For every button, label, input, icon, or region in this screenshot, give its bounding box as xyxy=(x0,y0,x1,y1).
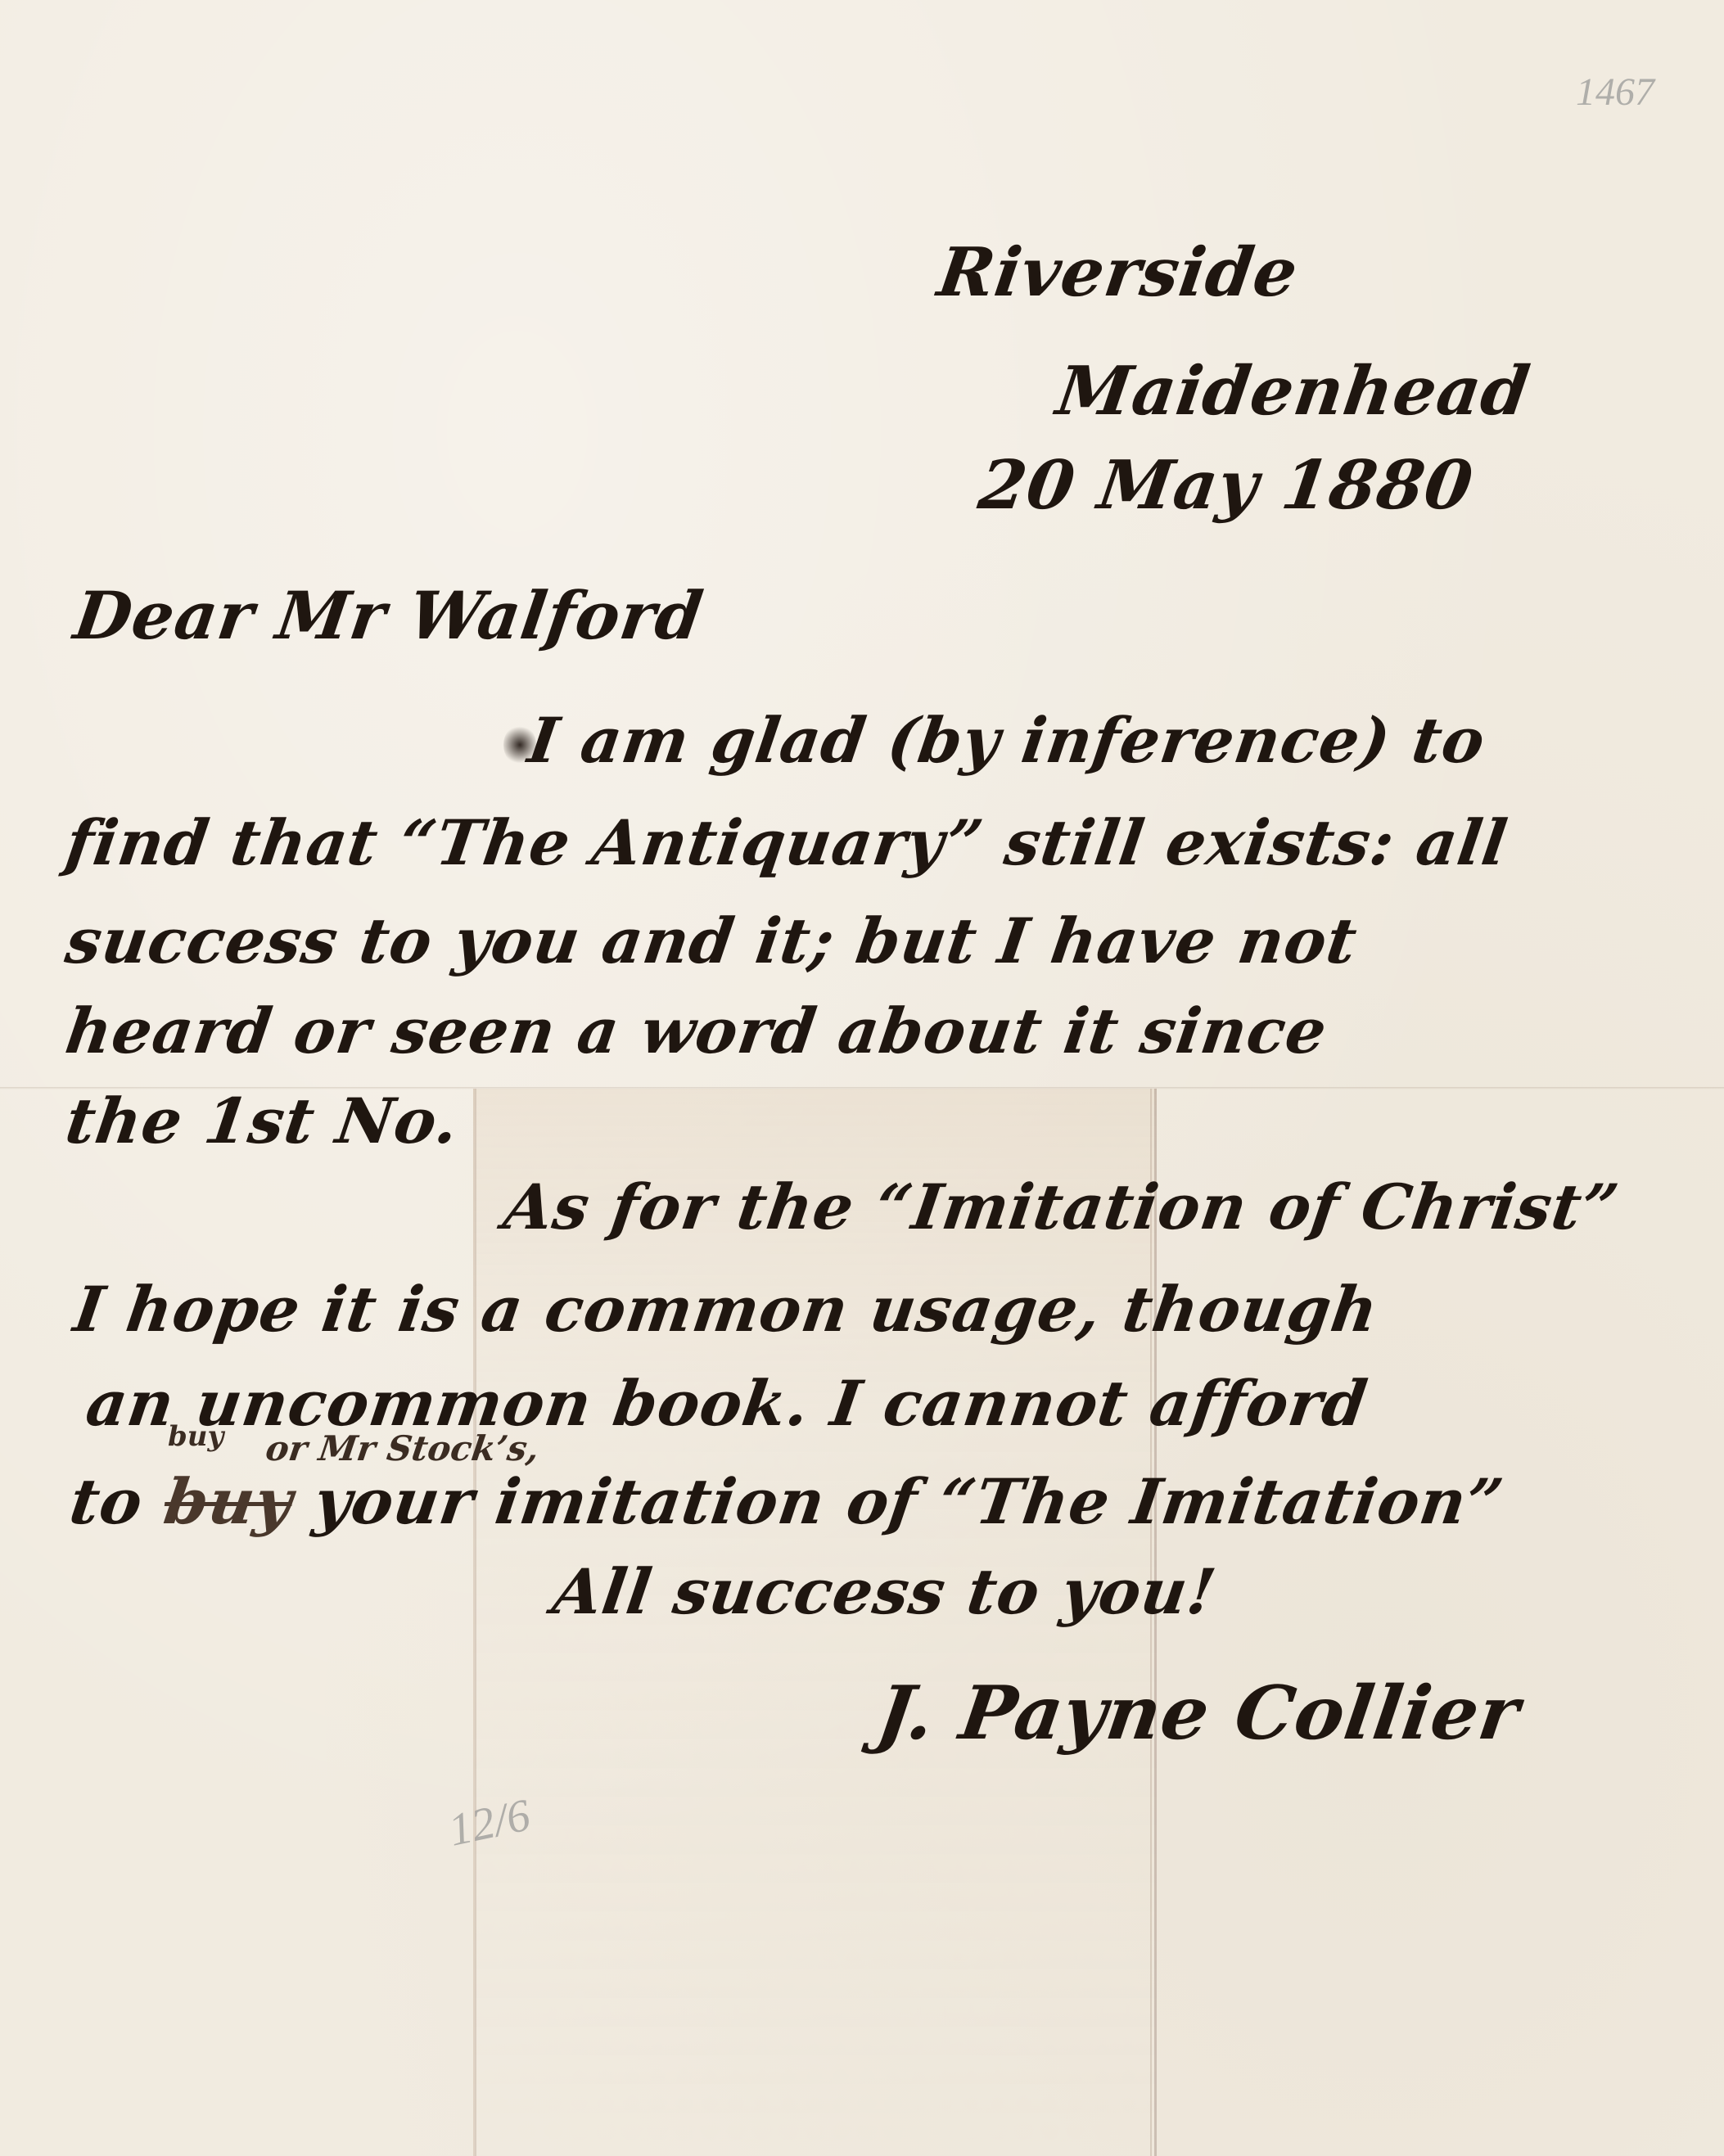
caret-insertion-text: or Mr Stock’s, xyxy=(264,1428,542,1468)
letter-date: 20 May 1880 xyxy=(974,446,1478,525)
address-line-1: Riverside xyxy=(933,233,1303,312)
line4-prefix: to xyxy=(65,1465,147,1538)
correction-insert-word: buy xyxy=(168,1420,223,1453)
line4-rest: your imitation of “The Imitation” xyxy=(309,1465,1508,1538)
letter-page: 1467 12/6 Riverside Maidenhead 20 May 18… xyxy=(0,0,1724,2156)
closing-line: All success to you! xyxy=(548,1555,1221,1628)
body-p1-line1: I am glad (by inference) to xyxy=(524,704,1490,777)
body-p1-line3: success to you and it; but I have not xyxy=(61,904,1361,977)
body-p1-line4: heard or seen a word about it since xyxy=(61,995,1332,1067)
struck-through-word: buy xyxy=(160,1465,297,1538)
body-p2-line4: to buy your imitation of “The Imitation” xyxy=(65,1465,1508,1538)
address-line-2: Maidenhead xyxy=(1052,352,1535,431)
body-p2-line1: As for the “Imitation of Christ” xyxy=(499,1170,1623,1243)
vertical-fold-line-left xyxy=(475,1089,476,2156)
salutation: Dear Mr Walford xyxy=(70,577,708,654)
body-p1-line2: find that “The Antiquary” still exists: … xyxy=(61,806,1512,879)
body-p1-line5: the 1st No. xyxy=(61,1085,463,1157)
body-p2-line2: I hope it is a common usage, though xyxy=(70,1273,1383,1346)
archive-number-mark: 1467 xyxy=(1576,70,1654,115)
signature: J. Payne Collier xyxy=(872,1670,1525,1757)
